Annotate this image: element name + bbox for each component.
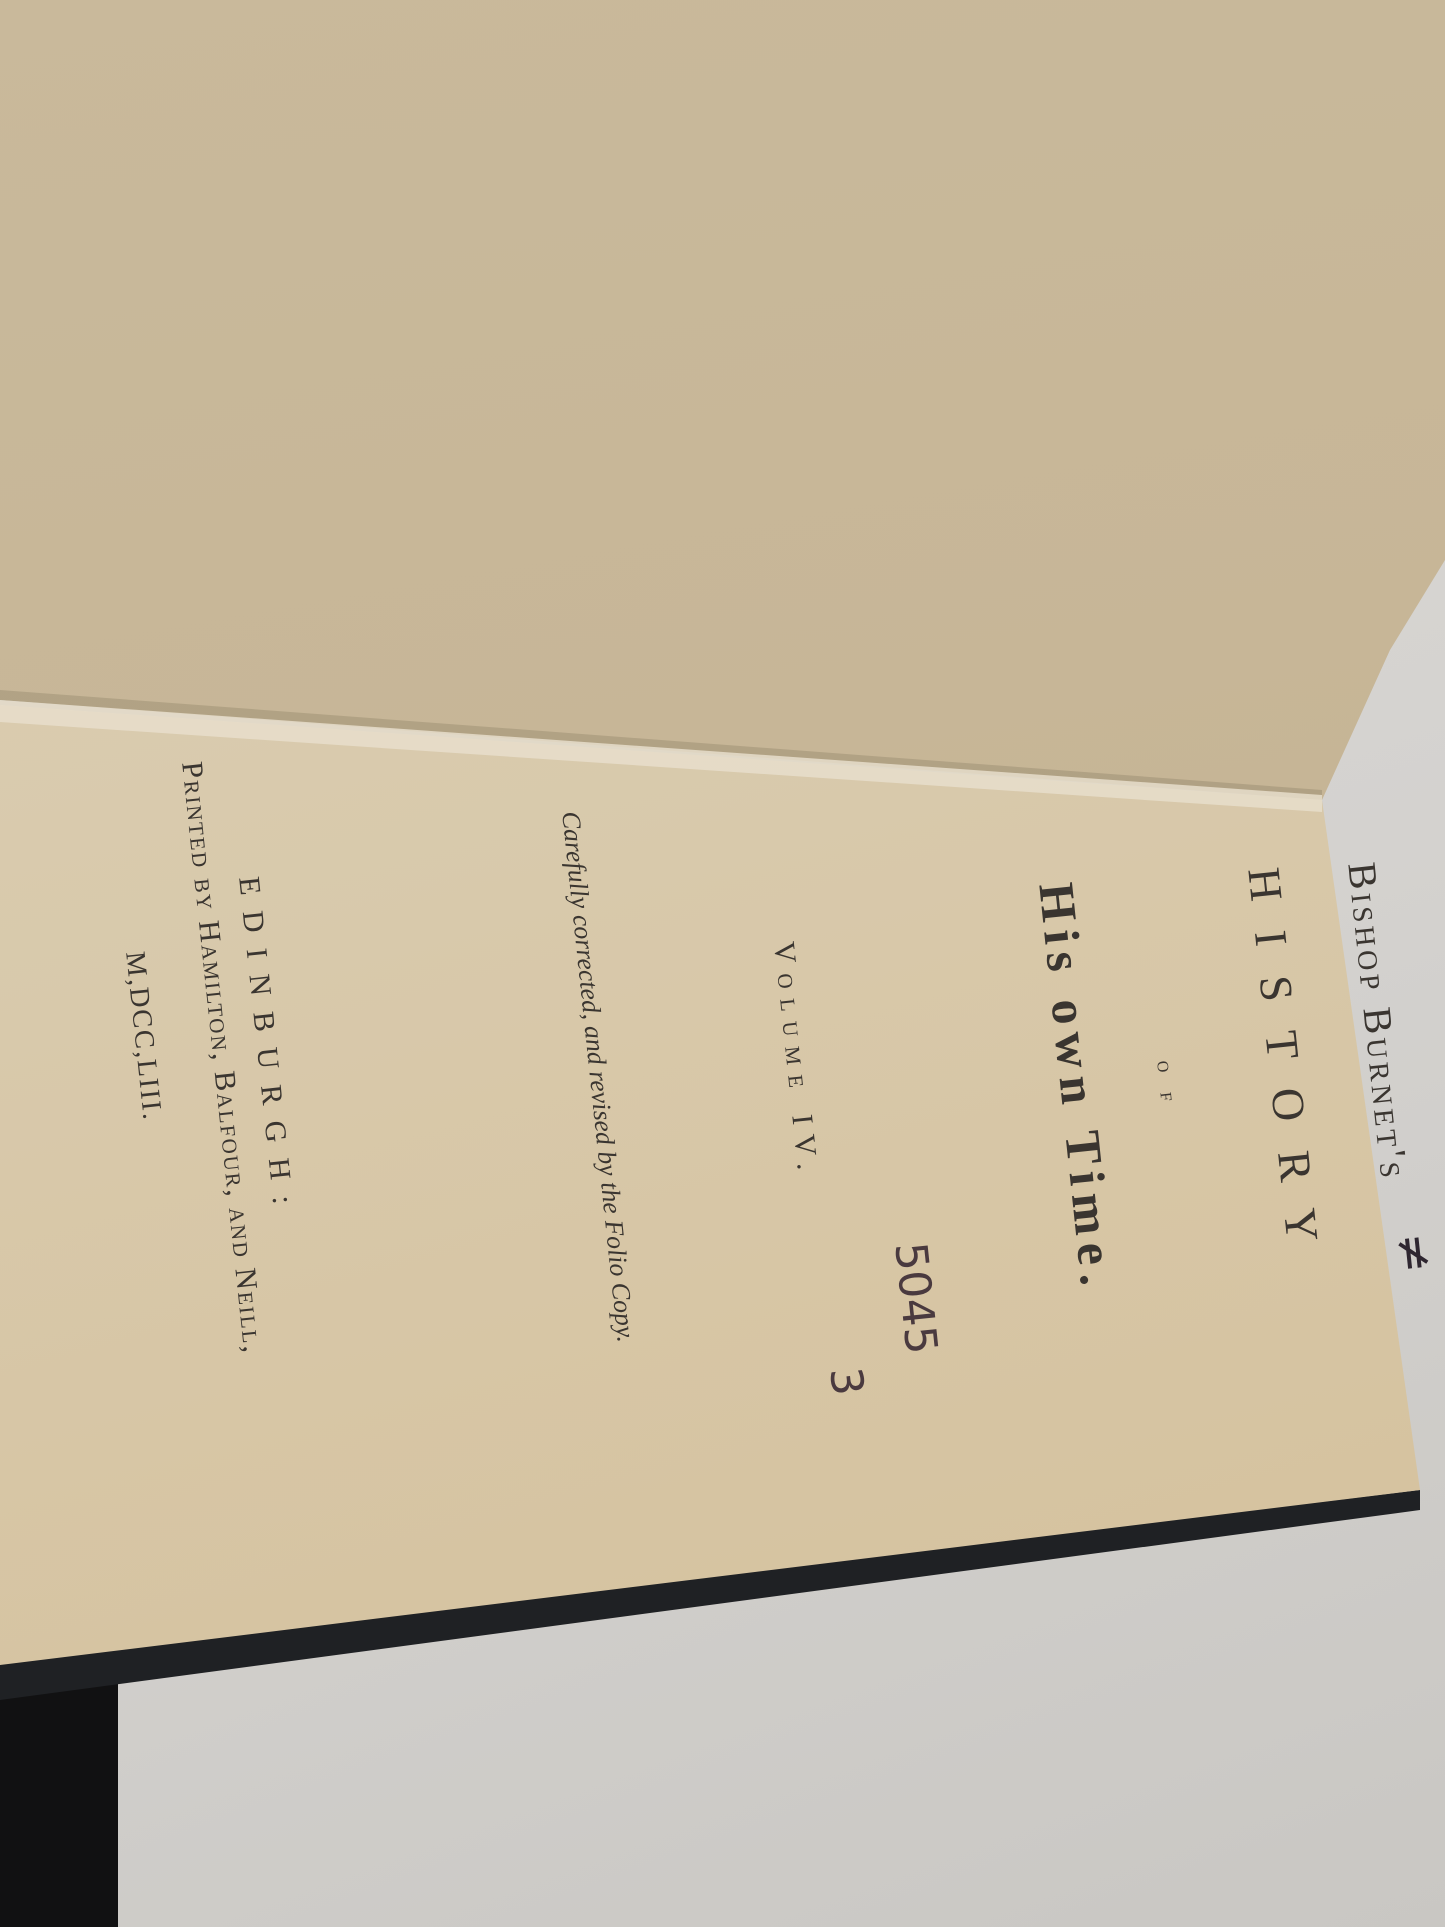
title-page-text: Bishop Burnet's HISTORY OF His own Time.… <box>0 0 1445 1927</box>
author-line: Bishop Burnet's <box>1338 860 1418 1184</box>
title-of: OF <box>1152 1060 1176 1122</box>
title-main: HISTORY <box>1237 865 1332 1274</box>
handwritten-shelf-number: 5045 <box>884 1240 946 1357</box>
edition-note: Carefully corrected, and revised by the … <box>555 810 641 1344</box>
title-sub: His own Time. <box>1027 880 1128 1296</box>
handwritten-sub-number: 3 <box>819 1365 873 1398</box>
corner-pen-mark: ≠ <box>1384 1230 1444 1276</box>
volume-label: Volume IV. <box>766 940 825 1181</box>
imprint-date: M,DCC,LIII. <box>118 950 168 1123</box>
